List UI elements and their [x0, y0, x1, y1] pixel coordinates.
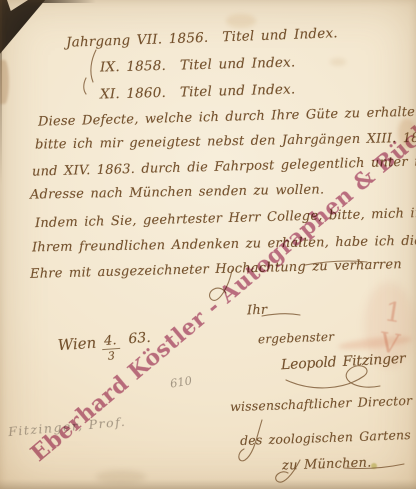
body-line: Adresse nach München senden zu wollen.: [30, 182, 325, 202]
bottom-edge-shadow: [0, 479, 416, 489]
index-label: Titel und Index.: [180, 81, 296, 100]
red-chalk-mark: 1 V: [377, 297, 416, 364]
body-line: Ehre mit ausgezeichneter Hochachtung zu …: [30, 257, 402, 282]
body-line: Ihrem freundlichen Andenken zu erhalten,…: [32, 234, 416, 256]
dateline-day: 4.: [101, 334, 120, 350]
signature-role-line: zu München.: [282, 455, 372, 473]
scan-corner-shadow: [0, 0, 46, 55]
dateline-date-fraction: 4. 3: [101, 334, 121, 362]
index-line: IX. 1858.Titel und Index.: [100, 54, 296, 75]
ink-flourish: [84, 78, 86, 94]
dateline-month: 3: [107, 349, 115, 361]
paper-stain: [371, 463, 377, 469]
index-numeral: Jahrgang VII. 1856.: [66, 30, 209, 51]
body-line: Diese Defecte, welche ich durch Ihre Güt…: [38, 103, 416, 129]
closing-valediction: ergebenster: [258, 330, 335, 347]
index-line: XI. 1860.Titel und Index.: [100, 81, 296, 102]
index-numeral: XI. 1860.: [100, 85, 166, 103]
body-line: Indem ich Sie, geehrtester Herr College,…: [35, 206, 416, 231]
signature-role-line: des zoologischen Gartens: [240, 427, 411, 448]
index-label: Titel und Index.: [222, 25, 338, 45]
letter-scan: Jahrgang VII. 1856.Titel und Index. IX. …: [0, 0, 416, 489]
pencil-note-number: 610: [169, 373, 193, 390]
dateline-city: Wien: [57, 334, 97, 355]
index-label: Titel und Index.: [180, 54, 296, 73]
paper-stain: [226, 14, 256, 28]
paper-tear: [0, 60, 9, 104]
top-edge-shadow: [40, 0, 96, 3]
dealer-stamp: Eberhard Köstler - Autographen & Bücher: [26, 99, 416, 467]
signature-role-line: wissenschaftlicher Director: [230, 393, 413, 414]
paper-stain: [330, 58, 346, 66]
index-numeral: IX. 1858.: [100, 58, 166, 76]
index-line: Jahrgang VII. 1856.Titel und Index.: [66, 25, 338, 50]
body-line: bitte ich mir geneigtest nebst den Jahrg…: [35, 130, 416, 152]
closing-pronoun: Ihr: [247, 303, 268, 319]
ink-flourish: [91, 50, 96, 82]
ink-flourish: [262, 314, 300, 316]
